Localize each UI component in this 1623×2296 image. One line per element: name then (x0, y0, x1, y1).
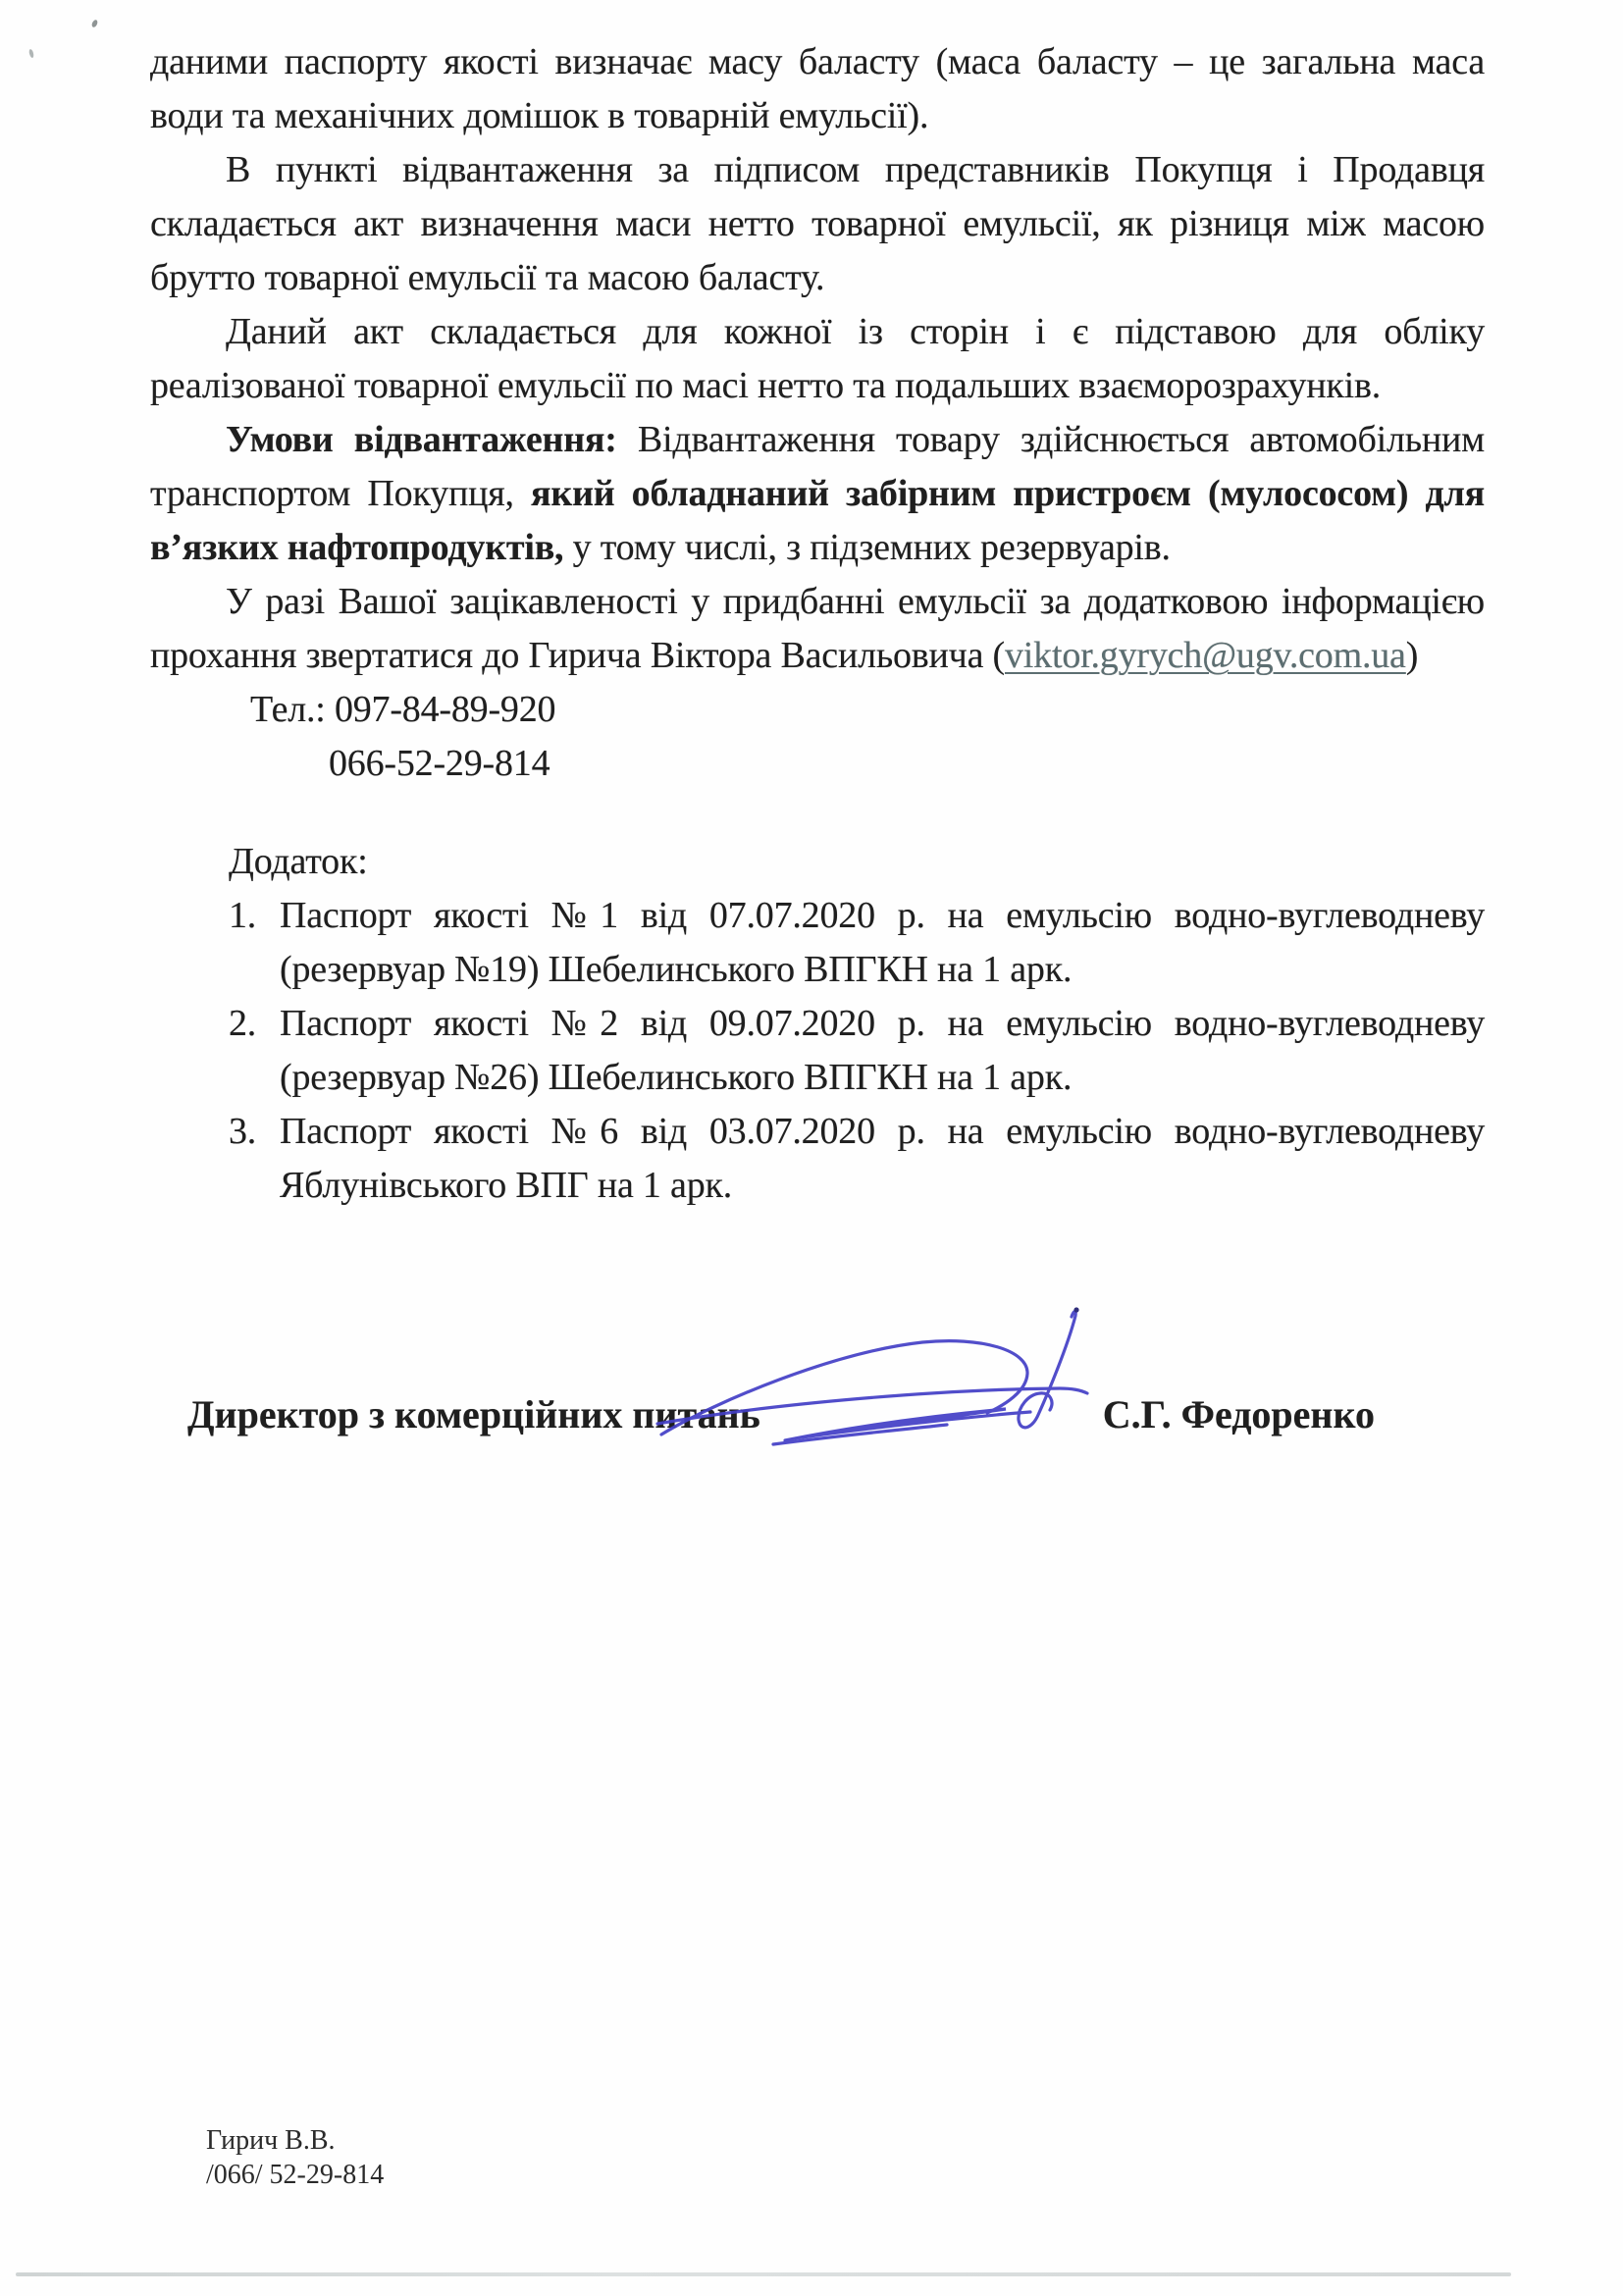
text-line: брутто товарної емульсії та масою баласт… (150, 251, 1485, 305)
attachment-text: Паспорт якості №2 від 09.07.2020 р. на е… (280, 997, 1485, 1105)
executor-name: Гирич В.В. (206, 2123, 384, 2158)
text-line: в’язких нафтопродуктів, у тому числі, з … (150, 521, 1485, 575)
text-line: реалізованої товарної емульсії по масі н… (150, 359, 1485, 413)
list-number: 3. (229, 1105, 280, 1159)
attachments-heading: Додаток: (229, 835, 1485, 889)
attachments-section: Додаток: 1. Паспорт якості №1 від 07.07.… (150, 835, 1485, 1213)
text-run: (резервуар №19) Шебелинського ВПГКН на 1… (280, 949, 1072, 990)
text-run: даними паспорту якості визначає масу бал… (150, 41, 1485, 82)
scan-edge-line (16, 2272, 1511, 2276)
text-line: Умови відвантаження: Відвантаження товар… (150, 413, 1485, 467)
list-number: 2. (229, 997, 280, 1051)
text-run: У разі Вашої зацікавленості у придбанні … (226, 581, 1485, 622)
text-run: Паспорт якості №2 від 09.07.2020 р. на е… (280, 1003, 1485, 1044)
text-run: В пункті відвантаження за підписом предс… (226, 149, 1485, 190)
text-line: прохання звертатися до Гирича Віктора Ва… (150, 629, 1485, 683)
attachment-text: Паспорт якості №1 від 07.07.2020 р. на е… (280, 889, 1485, 997)
text-run: ) (1406, 635, 1418, 676)
executor-footer: Гирич В.В. /066/ 52-29-814 (206, 2123, 384, 2192)
list-number: 1. (229, 889, 280, 943)
scan-speck (28, 49, 34, 59)
text-run: Тел.: 097-84-89-920 (250, 689, 555, 730)
text-run: води та механічних домішок в товарній ем… (150, 95, 928, 136)
attachment-item: 2. Паспорт якості №2 від 09.07.2020 р. н… (229, 997, 1485, 1105)
phone-line: 066-52-29-814 (150, 737, 1485, 791)
text-line: (резервуар №19) Шебелинського ВПГКН на 1… (280, 943, 1485, 997)
text-line: (резервуар №26) Шебелинського ВПГКН на 1… (280, 1051, 1485, 1105)
text-run: 066-52-29-814 (329, 743, 550, 784)
text-run: (резервуар №26) Шебелинського ВПГКН на 1… (280, 1057, 1072, 1098)
text-run: складається акт визначення маси нетто то… (150, 203, 1485, 244)
text-run: Паспорт якості №6 від 03.07.2020 р. на е… (280, 1111, 1485, 1152)
bold-run: в’язких нафтопродуктів, (150, 527, 563, 568)
text-line: Паспорт якості №2 від 09.07.2020 р. на е… (280, 997, 1485, 1051)
text-line: В пункті відвантаження за підписом предс… (150, 143, 1485, 197)
text-run: реалізованої товарної емульсії по масі н… (150, 365, 1381, 406)
text-line: Паспорт якості №6 від 03.07.2020 р. на е… (280, 1105, 1485, 1159)
email-link[interactable]: viktor.gyrych@ugv.com.ua (1005, 635, 1406, 676)
attachment-item: 1. Паспорт якості №1 від 07.07.2020 р. н… (229, 889, 1485, 997)
pen-dot (1073, 1307, 1078, 1312)
text-line: Паспорт якості №1 від 07.07.2020 р. на е… (280, 889, 1485, 943)
text-run: Відвантаження товару здійснюється автомо… (638, 419, 1485, 460)
executor-phone: /066/ 52-29-814 (206, 2158, 384, 2192)
text-run: Паспорт якості №1 від 07.07.2020 р. на е… (280, 895, 1485, 936)
text-run: Даний акт складається для кожної із стор… (226, 311, 1485, 352)
letter-body: даними паспорту якості визначає масу бал… (150, 35, 1485, 1213)
text-run: Додаток: (229, 841, 368, 882)
text-line: У разі Вашої зацікавленості у придбанні … (150, 575, 1485, 629)
scan-speck (91, 19, 99, 27)
text-run: у тому числі, з підземних резервуарів. (573, 527, 1171, 568)
phone-line: Тел.: 097-84-89-920 (150, 683, 1485, 737)
text-line: Даний акт складається для кожної із стор… (150, 305, 1485, 359)
signer-name: С.Г. Федоренко (1103, 1387, 1375, 1441)
text-run: транспортом Покупця, (150, 473, 514, 514)
text-run: прохання звертатися до Гирича Віктора Ва… (150, 635, 1005, 676)
scanned-letter-page: даними паспорту якості визначає масу бал… (0, 0, 1623, 2296)
attachment-item: 3. Паспорт якості №6 від 03.07.2020 р. н… (229, 1105, 1485, 1213)
text-run: Яблунівського ВПГ на 1 арк. (280, 1165, 732, 1206)
text-line: складається акт визначення маси нетто то… (150, 197, 1485, 251)
text-line: транспортом Покупця, який обладнаний заб… (150, 467, 1485, 521)
bold-run: який обладнаний забірним пристроєм (муло… (531, 473, 1485, 514)
text-line: води та механічних домішок в товарній ем… (150, 89, 1485, 143)
signoff-row: Директор з комерційних питань С.Г. Федор… (150, 1387, 1485, 1441)
text-line: Яблунівського ВПГ на 1 арк. (280, 1159, 1485, 1213)
bold-run: Умови відвантаження: (226, 419, 617, 460)
attachment-text: Паспорт якості №6 від 03.07.2020 р. на е… (280, 1105, 1485, 1213)
signer-position-title: Директор з комерційних питань (150, 1387, 760, 1441)
text-run: брутто товарної емульсії та масою баласт… (150, 257, 824, 298)
text-line: даними паспорту якості визначає масу бал… (150, 35, 1485, 89)
